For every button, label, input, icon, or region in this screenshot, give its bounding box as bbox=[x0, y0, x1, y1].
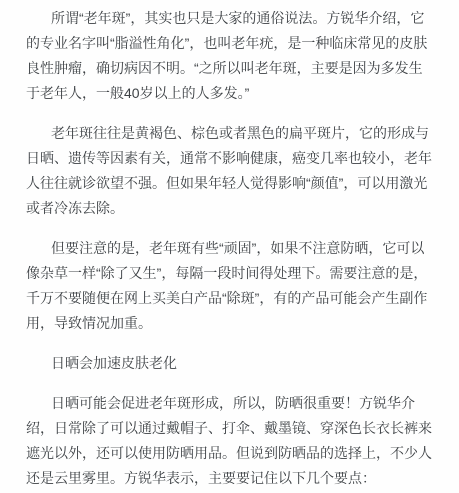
article-paragraph: 日晒可能会促进老年斑形成，所以，防晒很重要！方锐华介绍，日常除了可以通过戴帽子、… bbox=[26, 391, 433, 491]
article-paragraph: 老年斑往往是黄褐色、棕色或者黑色的扁平斑片，它的形成与日晒、遗传等因素有关，通常… bbox=[26, 121, 433, 221]
article-paragraph: 所谓“老年斑”，其实也只是大家的通俗说法。方锐华介绍，它的专业名字叫“脂溢性角化… bbox=[26, 6, 433, 106]
article-body: 所谓“老年斑”，其实也只是大家的通俗说法。方锐华介绍，它的专业名字叫“脂溢性角化… bbox=[0, 0, 459, 491]
section-subheading: 日晒会加速皮肤老化 bbox=[26, 351, 433, 376]
article-paragraph: 但要注意的是，老年斑有些“顽固”，如果不注意防晒，它可以像杂草一样“除了又生”，… bbox=[26, 236, 433, 336]
